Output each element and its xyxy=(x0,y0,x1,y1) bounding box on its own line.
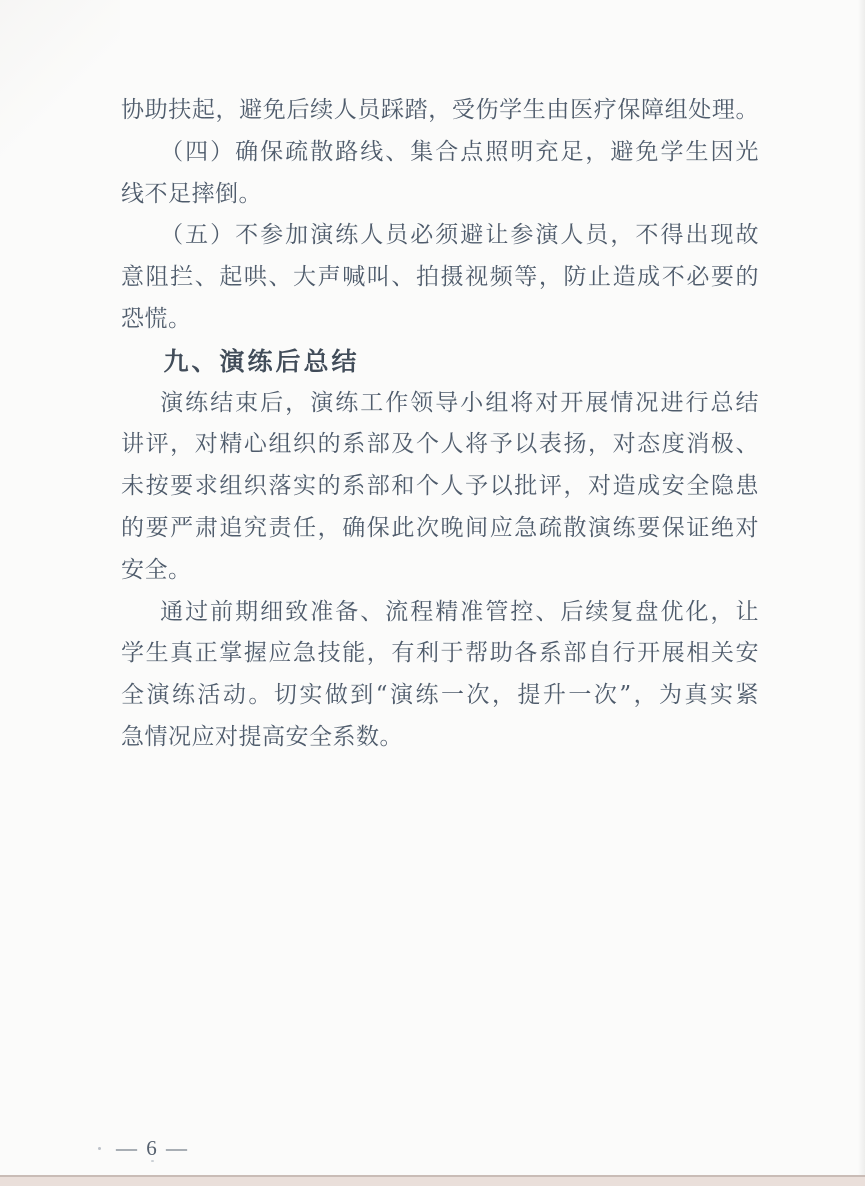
page-number: — 6 — xyxy=(116,1136,189,1161)
section-heading: 九、演练后总结 xyxy=(121,341,759,383)
scan-bottom-edge xyxy=(0,1175,865,1186)
text-line: 学生真正掌握应急技能，有利于帮助各系部自行开展相关安 xyxy=(121,633,759,675)
text-line: 通过前期细致准备、流程精准管控、后续复盘优化，让 xyxy=(121,592,759,634)
text-line: 的要严肃追究责任，确保此次晚间应急疏散演练要保证绝对 xyxy=(121,508,759,550)
text-line: （五）不参加演练人员必须避让参演人员，不得出现故 xyxy=(121,215,759,257)
paper-speck xyxy=(98,1147,101,1150)
text-line: 恐慌。 xyxy=(121,299,759,341)
text-line: 未按要求组织落实的系部和个人予以批评，对造成安全隐患 xyxy=(121,466,759,508)
scan-corner-shade xyxy=(0,0,120,160)
text-line: 急情况应对提高安全系数。 xyxy=(121,717,759,759)
paper-speck xyxy=(151,1160,154,1162)
text-line: 全演练活动。切实做到“演练一次，提升一次”，为真实紧 xyxy=(121,675,759,717)
scan-right-edge xyxy=(858,0,865,1186)
body-text: 协助扶起，避免后续人员踩踏，受伤学生由医疗保障组处理。 （四）确保疏散路线、集合… xyxy=(121,90,759,759)
text-line: 安全。 xyxy=(121,550,759,592)
text-line: 演练结束后，演练工作领导小组将对开展情况进行总结 xyxy=(121,383,759,425)
text-line: 讲评，对精心组织的系部及个人将予以表扬，对态度消极、 xyxy=(121,424,759,466)
text-line: 意阻拦、起哄、大声喊叫、拍摄视频等，防止造成不必要的 xyxy=(121,257,759,299)
text-line: 协助扶起，避免后续人员踩踏，受伤学生由医疗保障组处理。 xyxy=(121,90,759,132)
text-line: 线不足摔倒。 xyxy=(121,174,759,216)
scanned-document-page: 协助扶起，避免后续人员踩踏，受伤学生由医疗保障组处理。 （四）确保疏散路线、集合… xyxy=(0,0,865,1186)
text-line: （四）确保疏散路线、集合点照明充足，避免学生因光 xyxy=(121,132,759,174)
